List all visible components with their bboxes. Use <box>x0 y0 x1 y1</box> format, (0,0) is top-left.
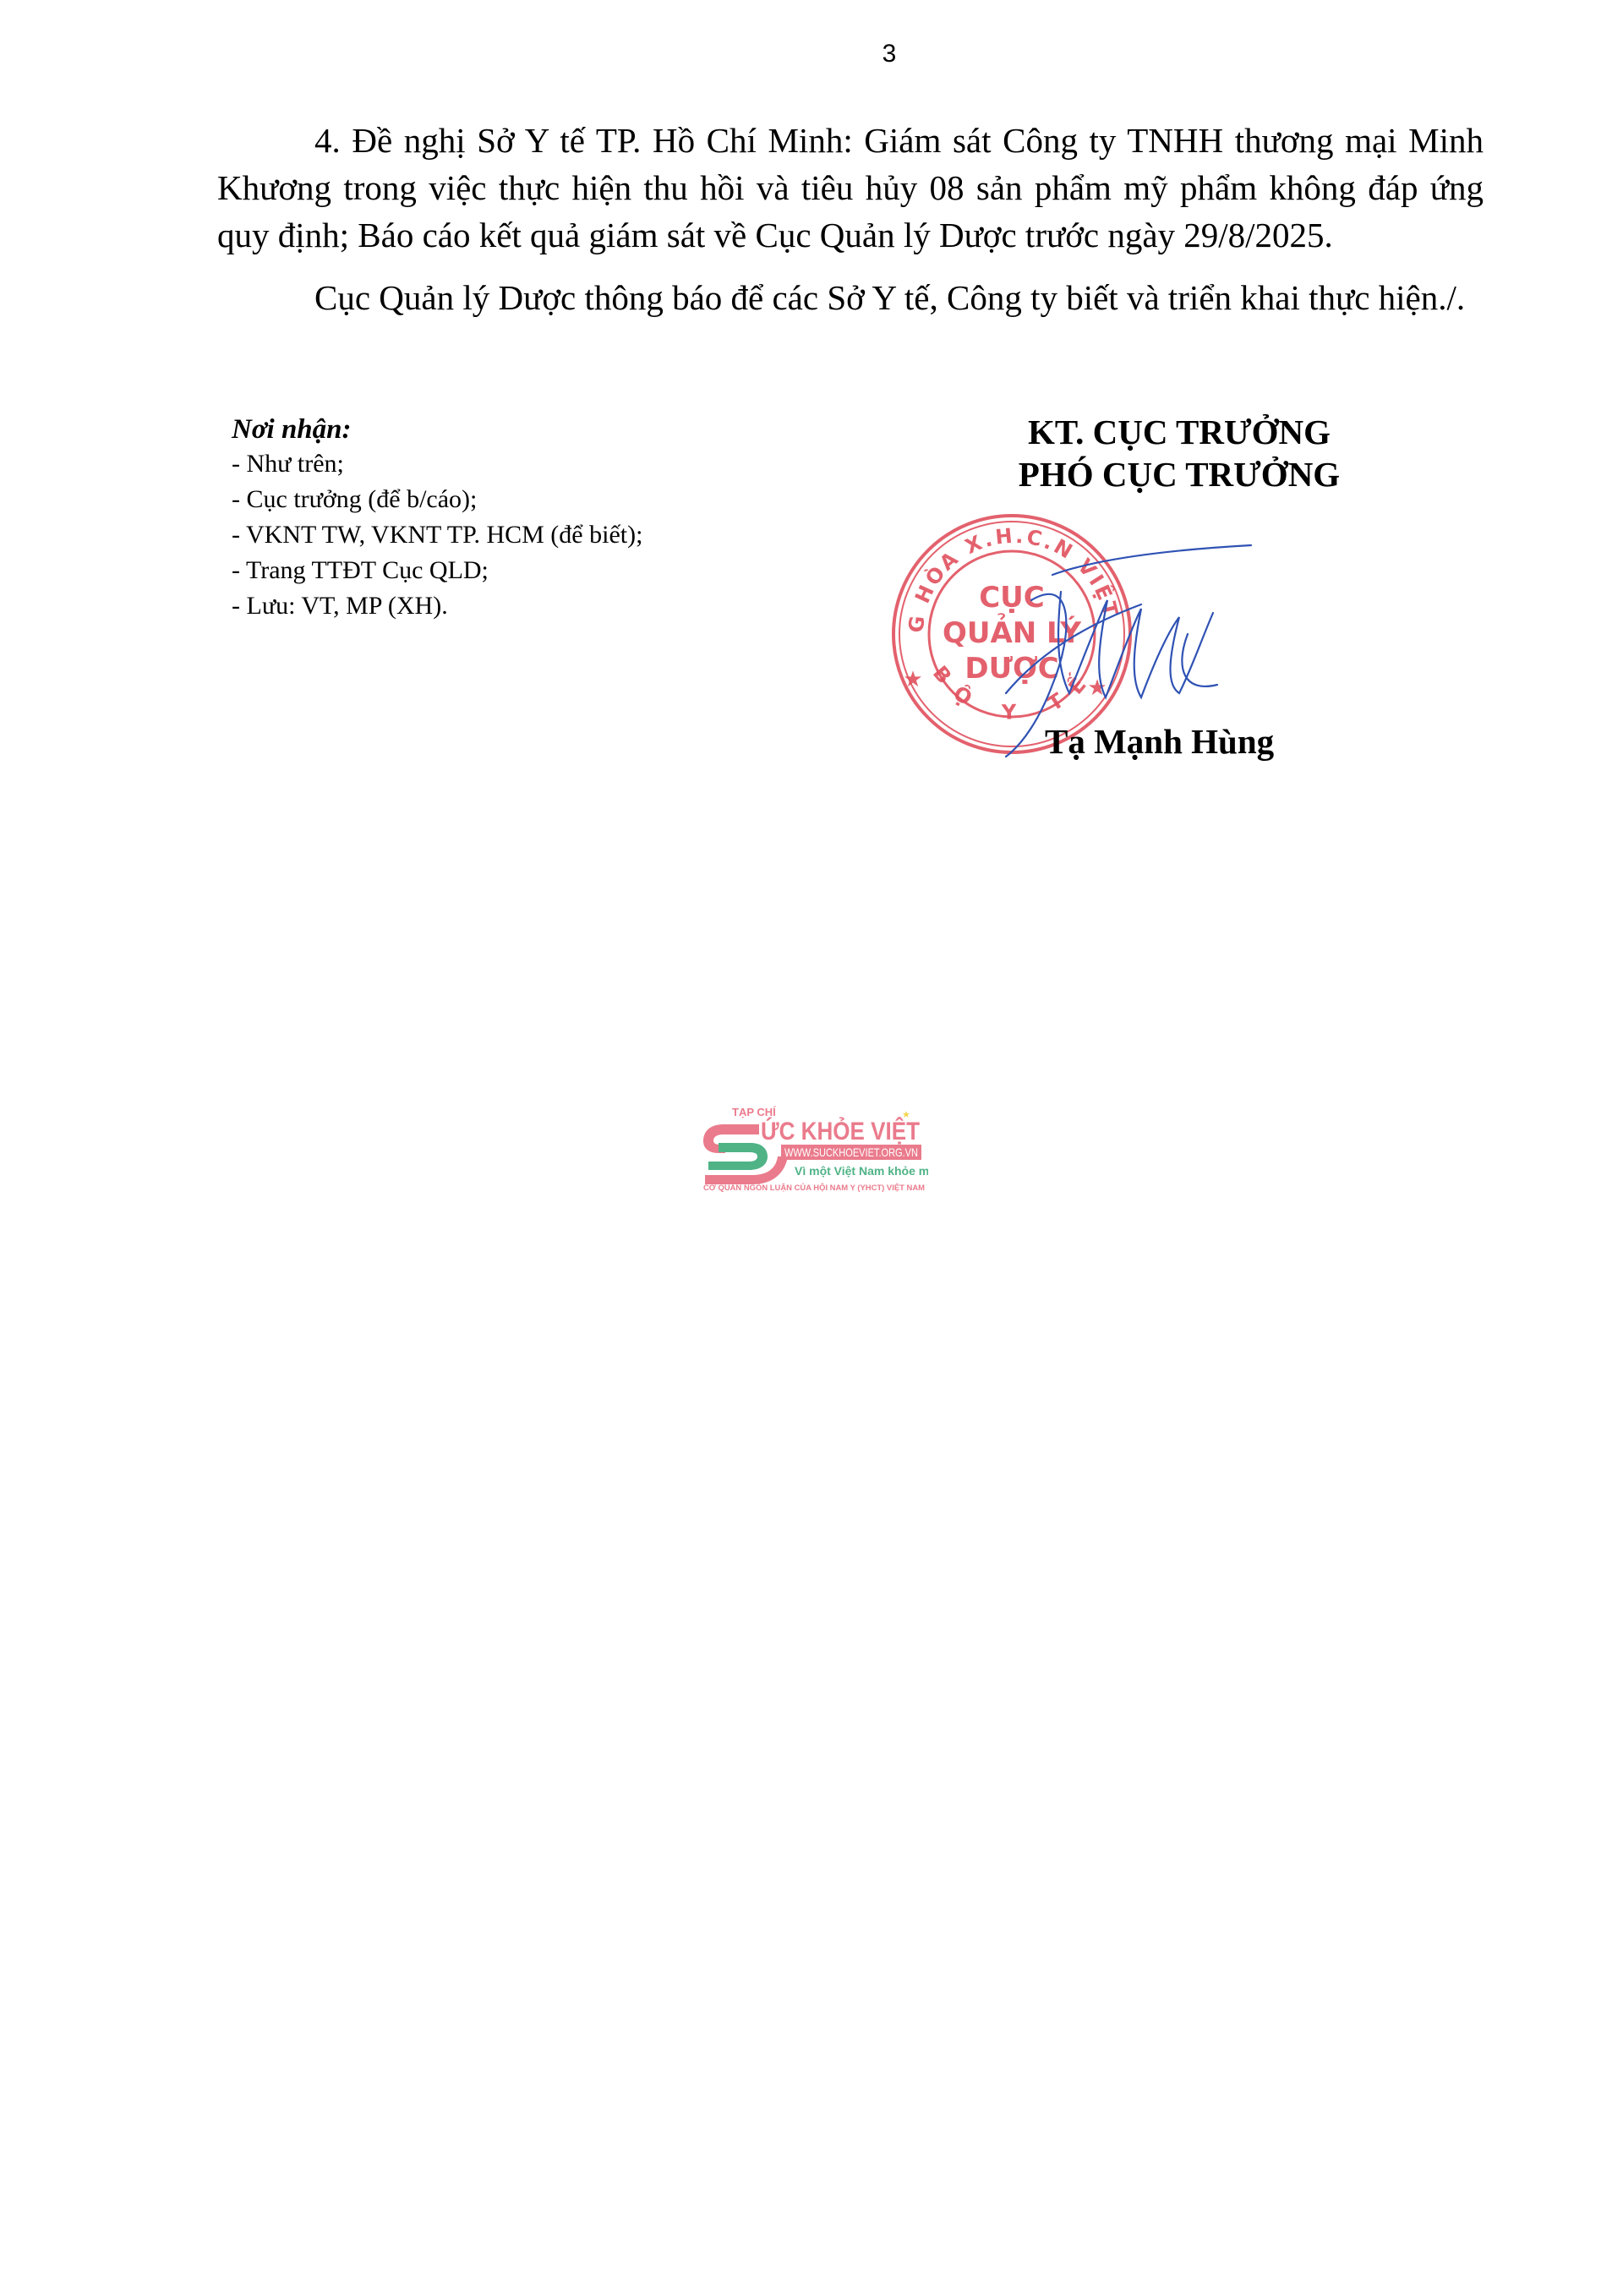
svg-text:★: ★ <box>903 667 922 692</box>
svg-text:ỨC KHỎE VIỆT: ỨC KHỎE VIỆT <box>761 1117 920 1145</box>
svg-text:★: ★ <box>902 1110 910 1120</box>
recipients-list: - Như trên; - Cục trưởng (để b/cáo); - V… <box>232 446 823 624</box>
svg-text:WWW.SUCKHOEVIET.ORG.VN: WWW.SUCKHOEVIET.ORG.VN <box>784 1145 918 1159</box>
svg-text:CƠ QUAN NGÔN LUẬN CỦA HỘI NAM: CƠ QUAN NGÔN LUẬN CỦA HỘI NAM Y (YHCT) V… <box>703 1183 925 1193</box>
svg-text:Vì một Việt Nam khỏe mạnh: Vì một Việt Nam khỏe mạnh <box>795 1164 928 1178</box>
recipient-item: - Như trên; <box>232 446 823 482</box>
signature-title-line2: PHÓ CỤC TRƯỞNG <box>955 453 1403 495</box>
recipient-item: - Lưu: VT, MP (XH). <box>232 588 823 624</box>
page-number: 3 <box>78 39 1623 69</box>
paragraph-closing: Cục Quản lý Dược thông báo để các Sở Y t… <box>217 274 1484 321</box>
recipients-block: Nơi nhận: - Như trên; - Cục trưởng (để b… <box>232 413 823 624</box>
paragraph-item-4: 4. Đề nghị Sở Y tế TP. Hồ Chí Minh: Giám… <box>217 117 1484 259</box>
signature-block: KT. CỤC TRƯỞNG PHÓ CỤC TRƯỞNG <box>955 411 1403 495</box>
svg-text:TẠP CHÍ: TẠP CHÍ <box>732 1106 776 1118</box>
document-body: 4. Đề nghị Sở Y tế TP. Hồ Chí Minh: Giám… <box>217 117 1484 336</box>
recipient-item: - VKNT TW, VKNT TP. HCM (để biết); <box>232 517 823 553</box>
recipients-heading: Nơi nhận: <box>232 413 823 446</box>
signature-title-line1: KT. CỤC TRƯỞNG <box>955 411 1403 453</box>
signer-name: Tạ Mạnh Hùng <box>1045 720 1274 763</box>
recipient-item: - Trang TTĐT Cục QLD; <box>232 553 823 588</box>
recipient-item: - Cục trưởng (để b/cáo); <box>232 482 823 517</box>
suckhoeviet-logo-icon: TẠP CHÍ ỨC KHỎE VIỆT ★ WWW.SUCKHOEVIET.O… <box>700 1101 928 1199</box>
